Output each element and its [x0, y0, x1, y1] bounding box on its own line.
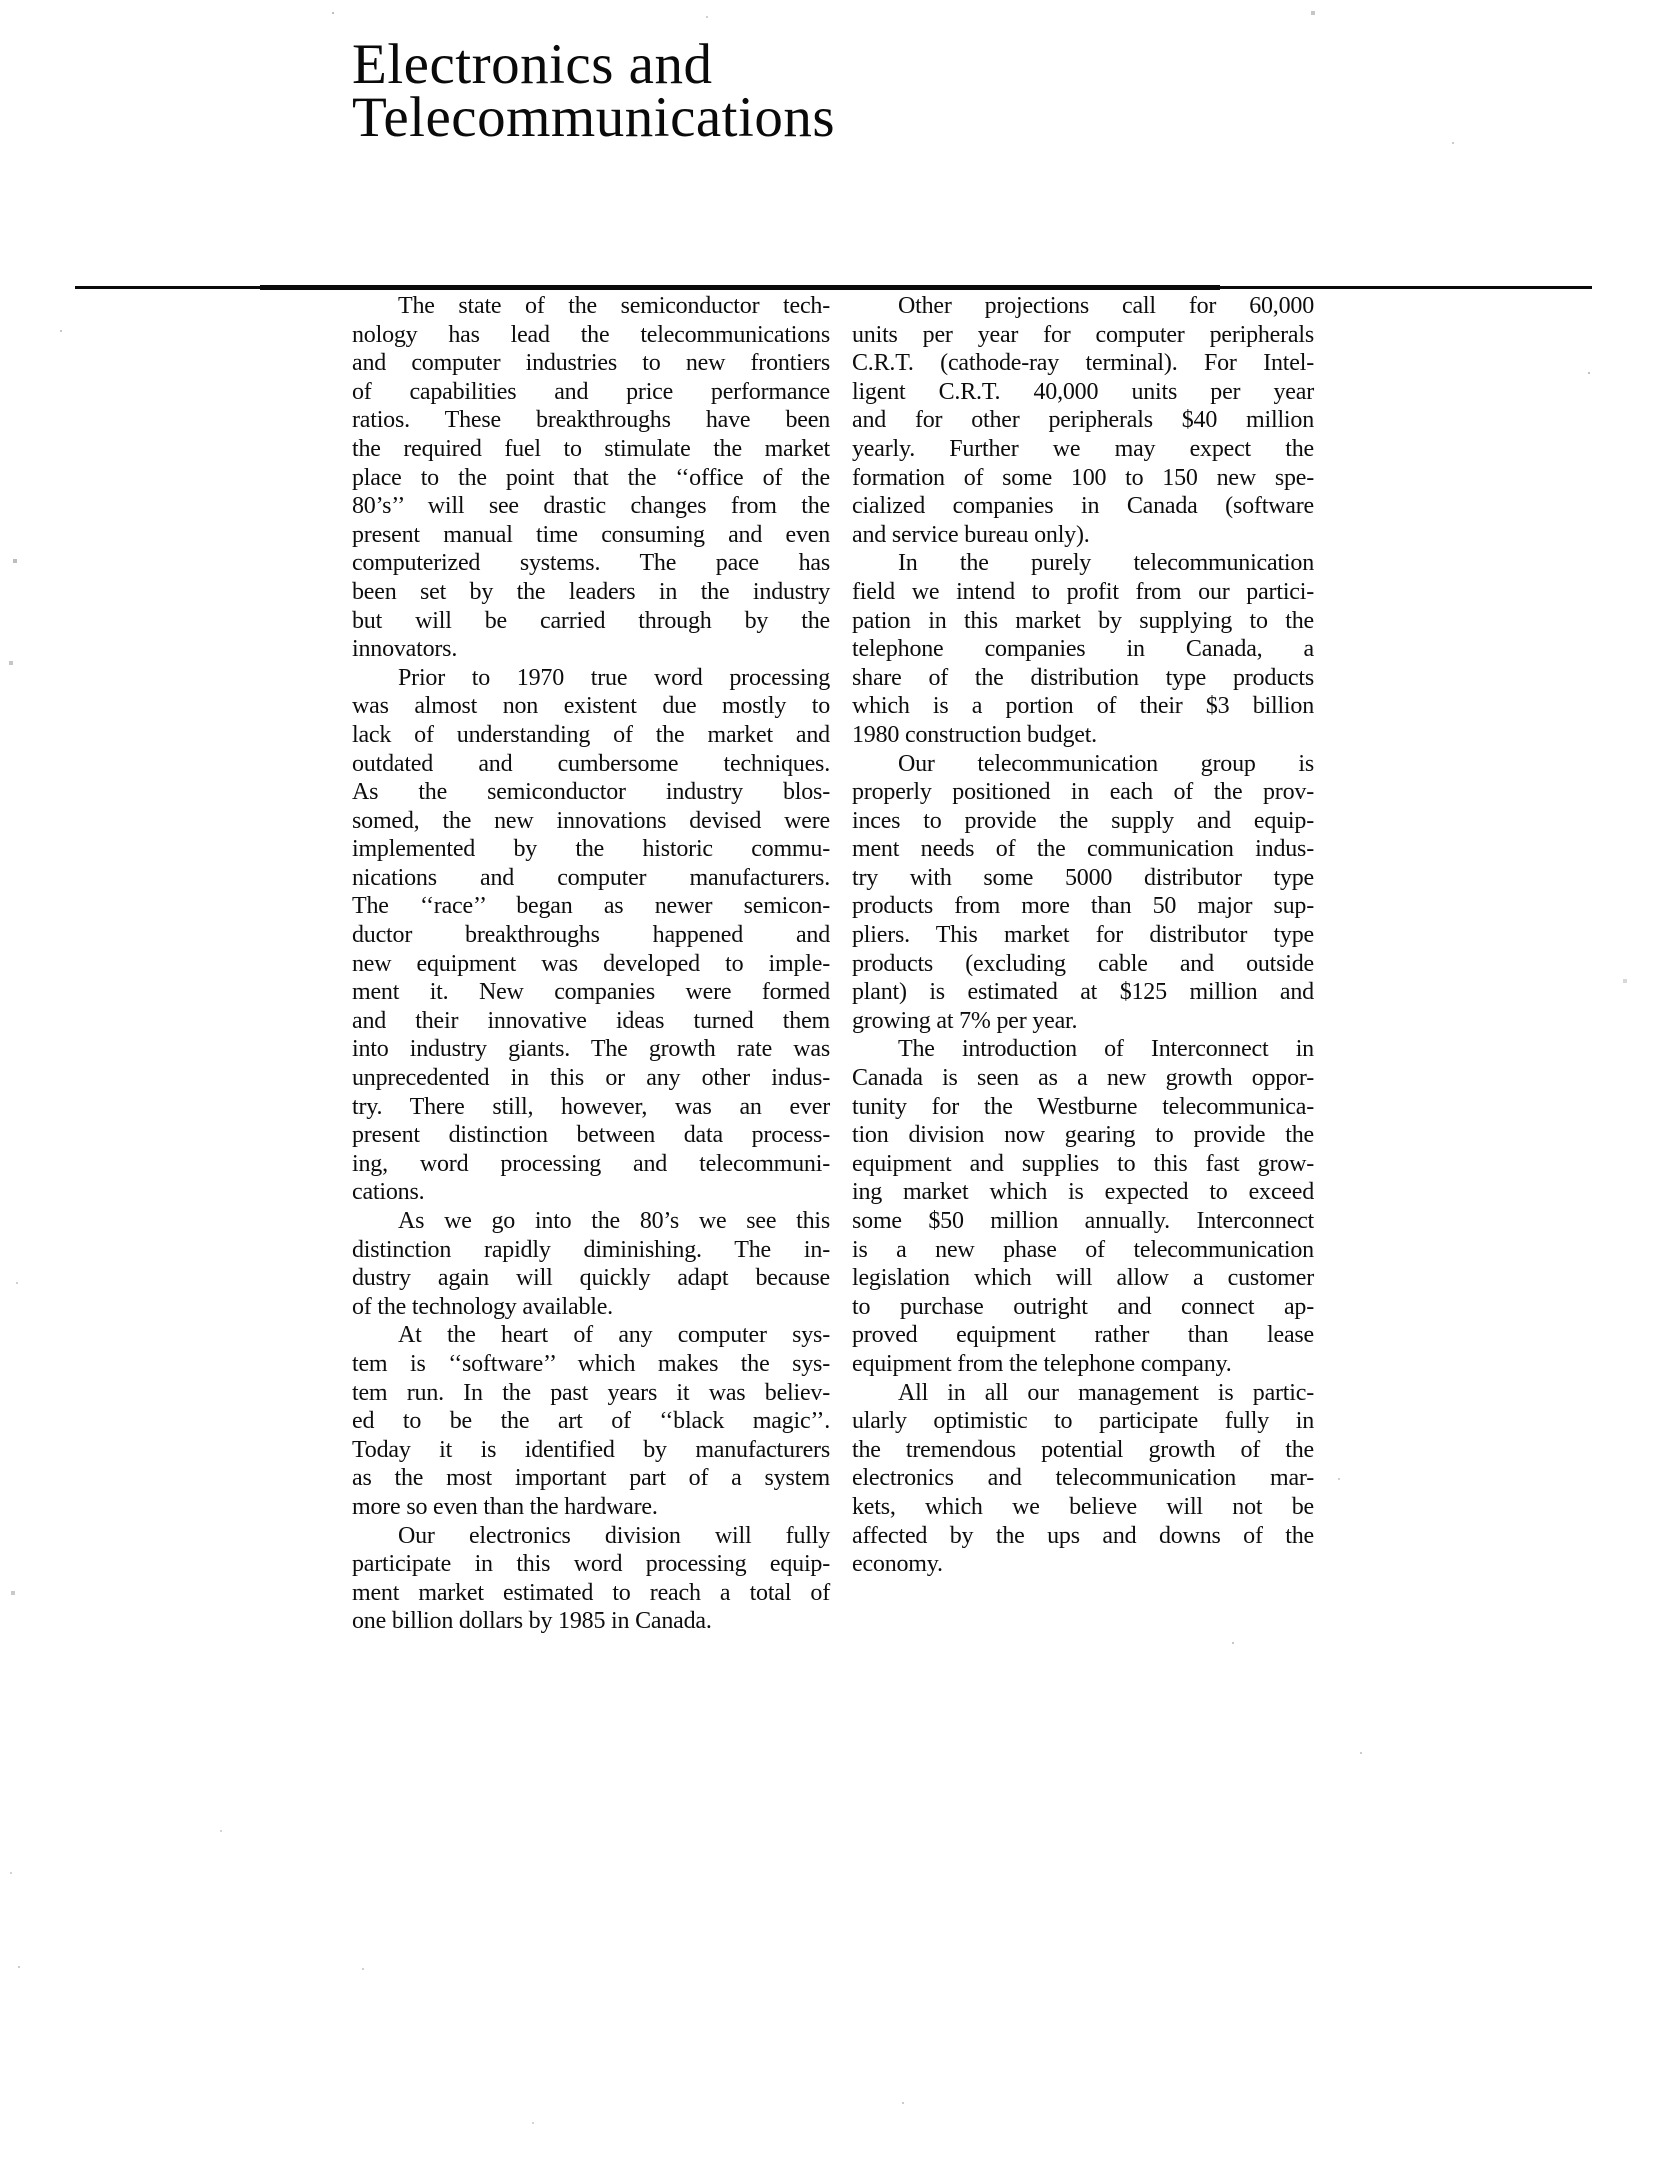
- text-line: All in all our management is partic-: [852, 1379, 1314, 1408]
- text-line: and computer industries to new frontiers: [352, 349, 830, 378]
- text-line: ductor breakthroughs happened and: [352, 921, 830, 950]
- text-line: The state of the semiconductor tech-: [352, 292, 830, 321]
- text-line: In the purely telecommunication: [852, 549, 1314, 578]
- text-line: ment needs of the communication indus-: [852, 835, 1314, 864]
- paragraph: In the purely telecommunicationfield we …: [852, 549, 1314, 749]
- paragraph: All in all our management is partic-ular…: [852, 1379, 1314, 1579]
- text-line: products (excluding cable and outside: [852, 950, 1314, 979]
- text-line: the required fuel to stimulate the marke…: [352, 435, 830, 464]
- text-line: participate in this word processing equi…: [352, 1550, 830, 1579]
- text-line: dustry again will quickly adapt because: [352, 1264, 830, 1293]
- text-line: proved equipment rather than lease: [852, 1321, 1314, 1350]
- horizontal-rule: [75, 286, 1592, 289]
- text-line: as the most important part of a system: [352, 1464, 830, 1493]
- text-line: ratios. These breakthroughs have been: [352, 406, 830, 435]
- text-line: C.R.T. (cathode-ray terminal). For Intel…: [852, 349, 1314, 378]
- text-line: outdated and cumbersome techniques.: [352, 750, 830, 779]
- text-line: new equipment was developed to imple-: [352, 950, 830, 979]
- text-line: Other projections call for 60,000: [852, 292, 1314, 321]
- text-line: tem is ‘‘software’’ which makes the sys-: [352, 1350, 830, 1379]
- text-line: try. There still, however, was an ever: [352, 1093, 830, 1122]
- text-line: Canada is seen as a new growth oppor-: [852, 1064, 1314, 1093]
- text-line: the tremendous potential growth of the: [852, 1436, 1314, 1465]
- text-line: At the heart of any computer sys-: [352, 1321, 830, 1350]
- text-line: ing, word processing and telecommuni-: [352, 1150, 830, 1179]
- paragraph: Our telecommunication group isproperly p…: [852, 750, 1314, 1036]
- text-line: Prior to 1970 true word processing: [352, 664, 830, 693]
- text-line: somed, the new innovations devised were: [352, 807, 830, 836]
- text-line: growing at 7% per year.: [852, 1007, 1314, 1036]
- text-line: plant) is estimated at $125 million and: [852, 978, 1314, 1007]
- text-line: telephone companies in Canada, a: [852, 635, 1314, 664]
- text-line: Our electronics division will fully: [352, 1522, 830, 1551]
- text-line: tion division now gearing to provide the: [852, 1121, 1314, 1150]
- text-line: tunity for the Westburne telecommunica-: [852, 1093, 1314, 1122]
- text-line: of capabilities and price performance: [352, 378, 830, 407]
- text-line: ment market estimated to reach a total o…: [352, 1579, 830, 1608]
- text-line: Our telecommunication group is: [852, 750, 1314, 779]
- text-line: As the semiconductor industry blos-: [352, 778, 830, 807]
- paragraph: The state of the semiconductor tech-nolo…: [352, 292, 830, 664]
- text-line: Today it is identified by manufacturers: [352, 1436, 830, 1465]
- text-line: ligent C.R.T. 40,000 units per year: [852, 378, 1314, 407]
- paragraph: Other projections call for 60,000units p…: [852, 292, 1314, 549]
- text-column-right: Other projections call for 60,000units p…: [852, 292, 1314, 1579]
- text-line: formation of some 100 to 150 new spe-: [852, 464, 1314, 493]
- text-line: to purchase outright and connect ap-: [852, 1293, 1314, 1322]
- text-line: and service bureau only).: [852, 521, 1314, 550]
- text-line: tem run. In the past years it was believ…: [352, 1379, 830, 1408]
- text-line: ed to be the art of ‘‘black magic’’.: [352, 1407, 830, 1436]
- text-line: ing market which is expected to exceed: [852, 1178, 1314, 1207]
- paragraph: Our electronics division will fullyparti…: [352, 1522, 830, 1636]
- text-line: affected by the ups and downs of the: [852, 1522, 1314, 1551]
- text-line: and their innovative ideas turned them: [352, 1007, 830, 1036]
- text-line: 80’s’’ will see drastic changes from the: [352, 492, 830, 521]
- text-line: implemented by the historic commu-: [352, 835, 830, 864]
- text-line: present distinction between data process…: [352, 1121, 830, 1150]
- text-line: cialized companies in Canada (software: [852, 492, 1314, 521]
- text-line: ularly optimistic to participate fully i…: [852, 1407, 1314, 1436]
- title-line-2: Telecommunications: [352, 91, 835, 144]
- text-line: but will be carried through by the: [352, 607, 830, 636]
- text-line: nications and computer manufacturers.: [352, 864, 830, 893]
- text-line: products from more than 50 major sup-: [852, 892, 1314, 921]
- text-line: distinction rapidly diminishing. The in-: [352, 1236, 830, 1265]
- text-line: legislation which will allow a customer: [852, 1264, 1314, 1293]
- text-line: more so even than the hardware.: [352, 1493, 830, 1522]
- text-line: inces to provide the supply and equip-: [852, 807, 1314, 836]
- text-line: try with some 5000 distributor type: [852, 864, 1314, 893]
- text-line: pliers. This market for distributor type: [852, 921, 1314, 950]
- text-line: equipment and supplies to this fast grow…: [852, 1150, 1314, 1179]
- text-line: which is a portion of their $3 billion: [852, 692, 1314, 721]
- paragraph: Prior to 1970 true word processingwas al…: [352, 664, 830, 1207]
- text-line: 1980 construction budget.: [852, 721, 1314, 750]
- text-line: one billion dollars by 1985 in Canada.: [352, 1607, 830, 1636]
- text-line: electronics and telecommunication mar-: [852, 1464, 1314, 1493]
- text-line: present manual time consuming and even: [352, 521, 830, 550]
- text-line: units per year for computer peripherals: [852, 321, 1314, 350]
- title-line-1: Electronics and: [352, 38, 835, 91]
- text-line: As we go into the 80’s we see this: [352, 1207, 830, 1236]
- text-line: pation in this market by supplying to th…: [852, 607, 1314, 636]
- text-line: was almost non existent due mostly to: [352, 692, 830, 721]
- text-line: equipment from the telephone company.: [852, 1350, 1314, 1379]
- text-line: properly positioned in each of the prov-: [852, 778, 1314, 807]
- text-line: unprecedented in this or any other indus…: [352, 1064, 830, 1093]
- text-line: economy.: [852, 1550, 1314, 1579]
- text-line: been set by the leaders in the industry: [352, 578, 830, 607]
- text-line: cations.: [352, 1178, 830, 1207]
- text-line: and for other peripherals $40 million: [852, 406, 1314, 435]
- paragraph: At the heart of any computer sys-tem is …: [352, 1321, 830, 1521]
- paragraph: As we go into the 80’s we see thisdistin…: [352, 1207, 830, 1321]
- text-line: is a new phase of telecommunication: [852, 1236, 1314, 1265]
- text-column-left: The state of the semiconductor tech-nolo…: [352, 292, 830, 1636]
- text-line: yearly. Further we may expect the: [852, 435, 1314, 464]
- text-line: The introduction of Interconnect in: [852, 1035, 1314, 1064]
- paragraph: The introduction of Interconnect inCanad…: [852, 1035, 1314, 1378]
- text-line: share of the distribution type products: [852, 664, 1314, 693]
- text-line: place to the point that the ‘‘office of …: [352, 464, 830, 493]
- text-line: lack of understanding of the market and: [352, 721, 830, 750]
- text-line: some $50 million annually. Interconnect: [852, 1207, 1314, 1236]
- text-line: computerized systems. The pace has: [352, 549, 830, 578]
- document-page: Electronics and Telecommunications The s…: [0, 0, 1664, 2168]
- text-line: field we intend to profit from our parti…: [852, 578, 1314, 607]
- text-line: The ‘‘race’’ began as newer semicon-: [352, 892, 830, 921]
- text-line: kets, which we believe will not be: [852, 1493, 1314, 1522]
- page-title: Electronics and Telecommunications: [352, 38, 835, 144]
- scan-noise: [0, 0, 2, 2]
- text-line: into industry giants. The growth rate wa…: [352, 1035, 830, 1064]
- text-line: of the technology available.: [352, 1293, 830, 1322]
- text-line: nology has lead the telecommunications: [352, 321, 830, 350]
- text-line: innovators.: [352, 635, 830, 664]
- text-line: ment it. New companies were formed: [352, 978, 830, 1007]
